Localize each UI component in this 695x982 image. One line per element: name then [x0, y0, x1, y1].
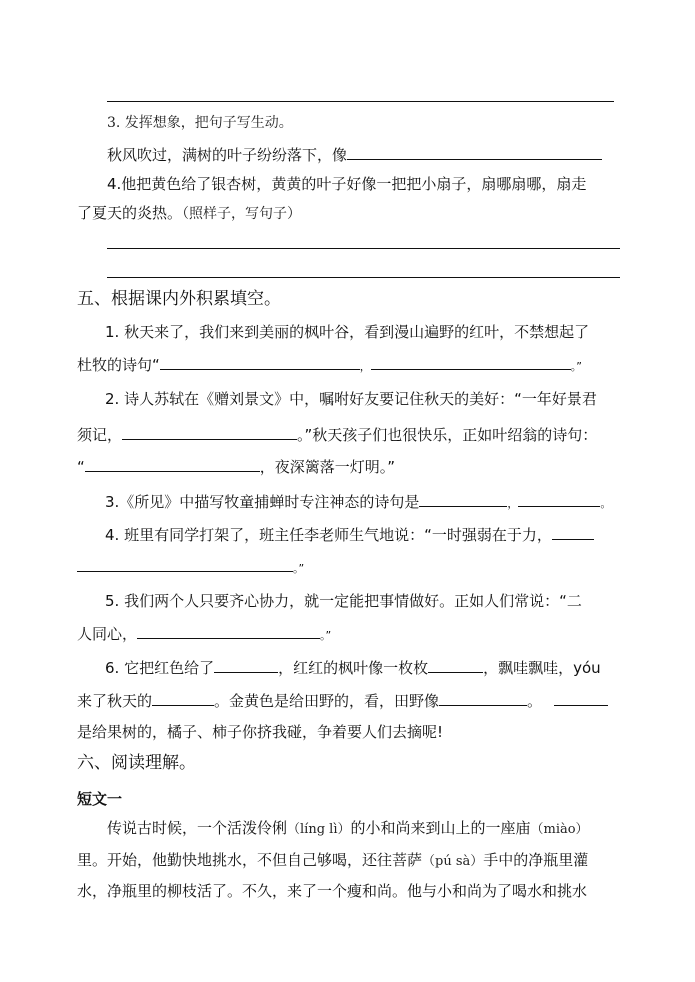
- passage-text: 里。开始，他勤快地挑水，不但自己够喝，还往菩萨: [77, 851, 422, 869]
- s5-q2-line2: 须记，。”秋天孩子们也很快乐，正如叶绍翁的诗句：: [77, 424, 597, 445]
- s5-q3: 3.《所见》中描写牧童捕蝉时专注神态的诗句是，。: [105, 491, 611, 514]
- s5-q6-text-b: ，红红的枫叶像一枚枚: [278, 659, 428, 677]
- s5-q5-prefix: 人同心，: [77, 625, 137, 643]
- s5-q5-end: 。”: [320, 629, 331, 642]
- s5-q6-text-c: ，飘哇飘哇，yóu: [483, 659, 601, 677]
- pinyin-annotation: （líng lì）: [287, 822, 350, 837]
- answer-blank[interactable]: [552, 524, 594, 540]
- passage-text: 传说古时候，一个活泼伶俐: [107, 819, 287, 837]
- s5-q3-end: 。: [600, 497, 611, 510]
- s5-q3-text: 3.《所见》中描写牧童捕蝉时专注神态的诗句是: [105, 493, 419, 511]
- passage-line1: 传说古时候，一个活泼伶俐（líng lì）的小和尚来到山上的一座庙（miào）: [107, 818, 589, 840]
- answer-blank[interactable]: [152, 690, 214, 706]
- s5-q6-line2: 来了秋天的。金黄色是给田野的，看，田野像。: [77, 690, 608, 711]
- s5-q1-line2: 杜牧的诗句“，。”: [77, 354, 582, 377]
- passage-line2: 里。开始，他勤快地挑水，不但自己够喝，还往菩萨（pú sà）手中的净瓶里灌: [77, 850, 588, 872]
- answer-blank[interactable]: [439, 690, 527, 706]
- s5-q6-text-d: 来了秋天的: [77, 692, 152, 710]
- s5-q6-text-f: 。: [527, 692, 542, 710]
- answer-blank[interactable]: [554, 690, 608, 706]
- s5-q2-line1: 2. 诗人苏轼在《赠刘景文》中，嘱咐好友要记住秋天的美好：“一年好景君: [105, 389, 597, 409]
- question-3-label: 3. 发挥想象，把句子写生动。: [107, 113, 293, 133]
- answer-line[interactable]: [107, 101, 614, 102]
- s5-q1-line1: 1. 秋天来了，我们来到美丽的枫叶谷，看到漫山遍野的红叶，不禁想起了: [105, 322, 589, 342]
- s5-q2-line3: “，夜深篱落一灯明。”: [77, 456, 395, 477]
- passage-title: 短文一: [77, 789, 122, 809]
- section-5-title: 五、根据课内外积累填空。: [77, 288, 281, 310]
- s5-q3-sep: ，: [507, 497, 518, 510]
- answer-blank[interactable]: [428, 657, 483, 673]
- question-4-line2: 了夏天的炎热。（照样子，写句子）: [77, 203, 301, 224]
- pinyin-annotation: （pú sà）: [422, 854, 483, 869]
- answer-blank[interactable]: [160, 354, 360, 370]
- s5-q2-suffix: 。”秋天孩子们也很快乐，正如叶绍翁的诗句：: [297, 426, 597, 444]
- answer-blank[interactable]: [371, 354, 571, 370]
- question-4-hint: （照样子，写句子）: [182, 206, 301, 222]
- answer-blank[interactable]: [214, 657, 278, 673]
- answer-line[interactable]: [107, 277, 620, 278]
- answer-blank[interactable]: [77, 556, 293, 572]
- answer-blank[interactable]: [137, 623, 320, 639]
- s5-q1-sep: ，: [360, 360, 371, 373]
- question-4-line2-text: 了夏天的炎热。: [77, 204, 182, 222]
- s5-q4-end: 。”: [293, 562, 304, 575]
- passage-text: 手中的净瓶里灌: [483, 851, 588, 869]
- s5-q4-line1: 4. 班里有同学打架了，班主任李老师生气地说：“一时强弱在于力，: [105, 524, 594, 545]
- answer-blank[interactable]: [419, 491, 507, 507]
- section-6-title: 六、阅读理解。: [77, 752, 196, 774]
- s5-q5-line1: 5. 我们两个人只要齐心协力，就一定能把事情做好。正如人们常说：“二: [105, 591, 582, 611]
- s5-q5-line2: 人同心，。”: [77, 623, 331, 646]
- question-4-line1: 4.他把黄色给了银杏树，黄黄的叶子好像一把把小扇子，扇哪扇哪，扇走: [107, 174, 586, 194]
- answer-blank[interactable]: [122, 424, 297, 440]
- s5-q2-prefix: 须记，: [77, 426, 122, 444]
- s5-q6-line3: 是给果树的，橘子、柿子你挤我碰，争着要人们去摘呢!: [77, 722, 443, 742]
- question-3-prompt: 秋风吹过，满树的叶子纷纷落下，像: [107, 144, 602, 165]
- answer-line[interactable]: [107, 248, 620, 249]
- pinyin-annotation: （miào）: [531, 822, 589, 837]
- s5-q1-end: 。”: [571, 360, 582, 373]
- passage-text: 的小和尚来到山上的一座庙: [350, 819, 530, 837]
- s5-q4-line2: 。”: [77, 556, 304, 579]
- question-3-prompt-text: 秋风吹过，满树的叶子纷纷落下，像: [107, 146, 347, 164]
- answer-blank[interactable]: [518, 491, 600, 507]
- s5-q2-open-quote: “: [77, 458, 85, 476]
- passage-line3: 水，净瓶里的柳枝活了。不久，来了一个瘦和尚。他与小和尚为了喝水和挑水: [77, 881, 587, 901]
- answer-blank[interactable]: [85, 456, 260, 472]
- s5-q6-text-a: 6. 它把红色给了: [105, 659, 214, 677]
- s5-q6-line1: 6. 它把红色给了，红红的枫叶像一枚枚，飘哇飘哇，yóu: [105, 657, 601, 678]
- s5-q1-prefix: 杜牧的诗句“: [77, 356, 160, 374]
- s5-q6-text-e: 。金黄色是给田野的，看，田野像: [214, 692, 439, 710]
- s5-q4-text: 4. 班里有同学打架了，班主任李老师生气地说：“一时强弱在于力，: [105, 526, 552, 544]
- answer-blank[interactable]: [347, 144, 602, 160]
- s5-q2-line3-text: ，夜深篱落一灯明。”: [260, 458, 395, 476]
